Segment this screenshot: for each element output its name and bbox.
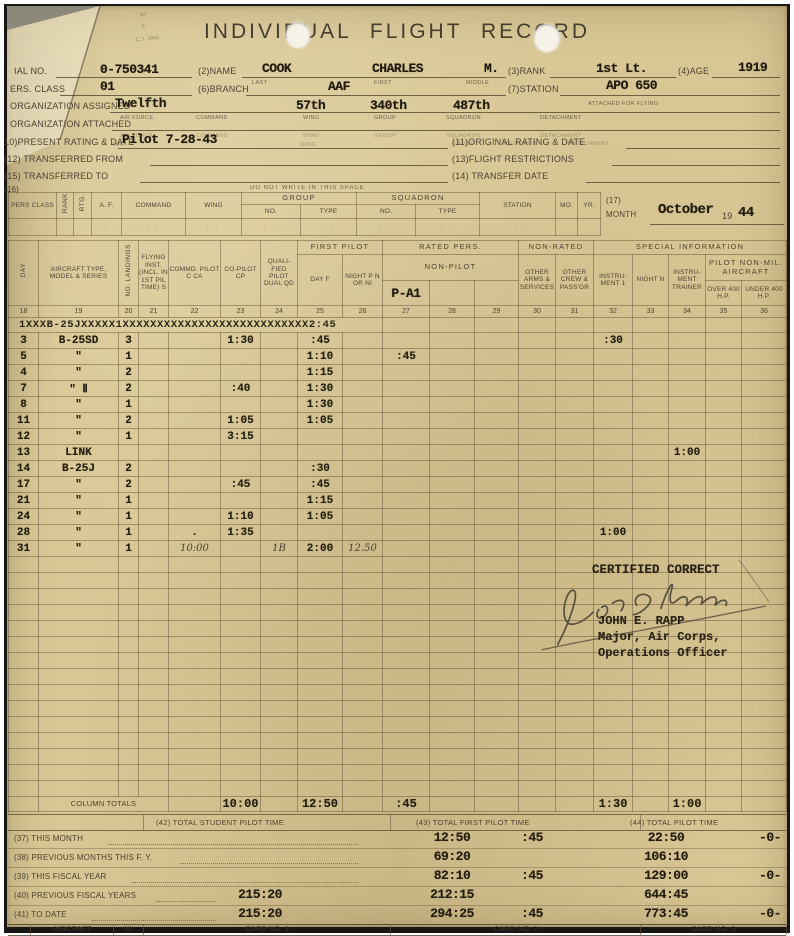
org-attached-label: ORGANIZATION ATTACHED bbox=[10, 119, 131, 129]
empty-row bbox=[9, 701, 787, 717]
column-header: NO. bbox=[357, 205, 416, 219]
column-totals-row: COLUMN TOTALS 10:00 12:50 :45 1:30 1:00 bbox=[9, 797, 787, 812]
flight-row: 13LINK1:00 bbox=[9, 445, 787, 461]
empty-row bbox=[9, 733, 787, 749]
group-header: SQUADRON bbox=[357, 193, 480, 205]
name-label: (2)NAME bbox=[198, 66, 236, 76]
serial-line bbox=[56, 77, 192, 78]
total-student-pilot-time-label: (42) TOTAL STUDENT PILOT TIME bbox=[156, 818, 284, 827]
summary-label: (38) PREVIOUS MONTHS THIS F. Y. bbox=[14, 853, 152, 862]
total-pilot-time-label: (44) TOTAL PILOT TIME bbox=[630, 818, 718, 827]
branch-line bbox=[246, 95, 506, 96]
group-header-first-pilot: FIRST PILOT bbox=[298, 241, 383, 255]
column-header: YR. bbox=[578, 193, 601, 219]
summary-value: 773:45 bbox=[630, 906, 702, 921]
org-sub-squadron: SQUADRON bbox=[446, 115, 481, 121]
total-first-pilot-time-label: (43) TOTAL FIRST PILOT TIME bbox=[416, 818, 530, 827]
empty-row bbox=[9, 685, 787, 701]
age-label: (4)AGE bbox=[678, 66, 709, 76]
crossed-out-entry: 1XXXB-25JXXXXX1XXXXXXXXXXXXXXXXXXXXXXXXX… bbox=[9, 318, 383, 333]
group-header-pilot-non-mil: PILOT NON-MIL. AIRCRAFT bbox=[706, 255, 787, 281]
summary-value: -0- bbox=[748, 906, 792, 921]
form-print-fragment: NT bbox=[140, 12, 147, 19]
column-header: WING bbox=[186, 193, 242, 219]
serial-label: IAL NO. bbox=[14, 66, 47, 76]
org-squadron-value: 487th bbox=[453, 98, 490, 113]
branch-label: (6)BRANCH bbox=[198, 84, 249, 94]
rating-sub-wing: WING bbox=[300, 142, 317, 148]
transferred-from-line bbox=[150, 165, 448, 166]
org-sub-wing: WING bbox=[303, 133, 320, 139]
column-header: A. F. bbox=[92, 193, 122, 219]
summary-value: -0- bbox=[748, 868, 792, 883]
group-header-rated-pers: RATED PERS. bbox=[383, 241, 519, 255]
empty-row bbox=[9, 765, 787, 781]
column-header: INSTRU-MENT TRAINER bbox=[669, 255, 706, 306]
flight-restrictions-line bbox=[612, 165, 780, 166]
name-middle: M. bbox=[484, 61, 499, 76]
empty-row bbox=[9, 749, 787, 765]
leader-line bbox=[156, 901, 216, 902]
empty-row bbox=[9, 717, 787, 733]
summary-row: (39) THIS FISCAL YEAR 82:10 :45 129:00 -… bbox=[8, 867, 786, 887]
flight-row: 24"11:101:05 bbox=[9, 509, 787, 525]
month-value: October bbox=[658, 202, 713, 218]
non-pilot-entry: P-A1 bbox=[391, 286, 420, 301]
flight-row: 11"21:051:05 bbox=[9, 413, 787, 429]
flight-row: 21"11:15 bbox=[9, 493, 787, 509]
transfer-date-line bbox=[586, 182, 780, 183]
station-line bbox=[560, 95, 780, 96]
total-copilot: 10:00 bbox=[221, 797, 261, 812]
column-header-aircraft: AIRCRAFT TYPE, MODEL & SERIES bbox=[39, 241, 119, 306]
card-strip-card1: CARD NO. 1 bbox=[143, 925, 391, 935]
transferred-from-label: (12) TRANSFERRED FROM bbox=[4, 154, 123, 164]
station-label: (7)STATION bbox=[508, 84, 559, 94]
flight-restrictions-label: (13)FLIGHT RESTRICTIONS bbox=[452, 154, 574, 164]
name-sub-first: FIRST bbox=[374, 80, 392, 86]
column-header: TYPE bbox=[416, 205, 480, 219]
name-line bbox=[242, 77, 506, 78]
column-header: COMMD. PILOT C CA bbox=[169, 241, 221, 306]
admin-box-table: PERS CLASS RANK RTG. A. F. COMMAND WING … bbox=[8, 192, 601, 236]
total-non-pilot: :45 bbox=[383, 797, 430, 812]
summary-row: (38) PREVIOUS MONTHS THIS F. Y. 69:20 10… bbox=[8, 848, 786, 868]
summary-value: 82:10 bbox=[416, 868, 488, 883]
org-sub-group: GROUP bbox=[374, 115, 396, 121]
original-rating-label: (11)ORIGINAL RATING & DATE bbox=[452, 137, 585, 147]
scanned-flight-record-page: NT 5 C. 1. 1942 INDIVIDUAL FLIGHT RECORD… bbox=[0, 0, 794, 936]
name-sub-middle: MIDDLE bbox=[466, 80, 489, 86]
column-header: RANK bbox=[57, 193, 74, 219]
card-strip-aircraft: AIRCRAFT bbox=[30, 925, 114, 935]
column-header: TYPE bbox=[301, 205, 357, 219]
leader-line bbox=[132, 882, 358, 883]
card-strip-card3: CARD NO. 3 bbox=[640, 925, 787, 935]
form-title: INDIVIDUAL FLIGHT RECORD bbox=[0, 20, 794, 44]
summary-value: 294:25 bbox=[416, 906, 488, 921]
column-header: OTHER ARMS & SERVICES bbox=[519, 255, 556, 306]
column-header-day: DAY bbox=[9, 241, 39, 306]
certifier-title: Operations Officer bbox=[598, 646, 728, 660]
column-header: INSTRU-MENT 1 bbox=[594, 255, 633, 306]
org-sub-group: GROUP bbox=[374, 133, 396, 139]
name-last: COOK bbox=[262, 61, 291, 76]
summary-row: (40) PREVIOUS FISCAL YEARS 215:20 212:15… bbox=[8, 886, 786, 906]
summary-value: 69:20 bbox=[416, 849, 488, 864]
month-label: MONTH bbox=[606, 210, 636, 219]
column-header: OTHER CREW & PASS'GR bbox=[556, 255, 594, 306]
column-header: NIGHT P N OR NI bbox=[343, 255, 383, 306]
present-rating-value: Pilot 7-28-43 bbox=[122, 132, 217, 147]
leader-line bbox=[180, 863, 358, 864]
org-attached-line bbox=[112, 130, 780, 131]
handwritten-mark: 1B bbox=[261, 541, 298, 557]
card-strip-nl: NL bbox=[113, 925, 144, 935]
flight-row: 28"1.1:351:00 bbox=[9, 525, 787, 541]
summary-row: (41) TO DATE 215:20 294:25 :45 773:45 -0… bbox=[8, 905, 786, 925]
summary-value: :45 bbox=[506, 868, 558, 883]
branch-value: AAF bbox=[328, 79, 350, 94]
org-sub-command: COMMAND bbox=[196, 115, 228, 121]
column-header: MO. bbox=[556, 193, 578, 219]
column-header: RTG. bbox=[74, 193, 92, 219]
column-header-landings: NO. LANDINGS bbox=[119, 241, 139, 306]
org-sub-detachment: DETACHMENT bbox=[540, 115, 582, 121]
group-header-special-information: SPECIAL INFORMATION bbox=[594, 241, 787, 255]
station-value: APO 650 bbox=[606, 78, 657, 93]
column-header: COMMAND bbox=[122, 193, 186, 219]
serial-value: 0-750341 bbox=[100, 62, 158, 77]
name-first: CHARLES bbox=[372, 61, 423, 76]
leader-line bbox=[92, 920, 216, 921]
org-air-force-value: Twelfth bbox=[115, 96, 166, 111]
certifier-rank: Major, Air Corps, bbox=[598, 630, 720, 644]
summary-row: (37) THIS MONTH 12:50 :45 22:50 -0- bbox=[8, 829, 786, 849]
table-row: : :: : : :: : : :: : : :: : : bbox=[9, 219, 601, 236]
rank-label: (3)RANK bbox=[508, 66, 545, 76]
rating-sub-air: AIR bbox=[112, 142, 122, 148]
punch-hole bbox=[286, 22, 310, 48]
card-strip-card2: CARD NO. 2 bbox=[390, 925, 641, 935]
divider bbox=[640, 815, 641, 830]
crossed-out-row: 1XXXB-25JXXXXX1XXXXXXXXXXXXXXXXXXXXXXXXX… bbox=[9, 318, 787, 333]
column-header: NO. bbox=[242, 205, 301, 219]
age-value: 1919 bbox=[738, 60, 767, 75]
year-printed: 19 bbox=[722, 211, 732, 221]
summary-value: 215:20 bbox=[226, 887, 294, 902]
org-wing-value: 57th bbox=[296, 98, 325, 113]
column-header: STATION bbox=[480, 193, 556, 219]
handwritten-entry: 10:00 bbox=[169, 541, 221, 557]
flight-row: 3B-25SD31:30:45:30 bbox=[9, 333, 787, 349]
summary-value: 129:00 bbox=[630, 868, 702, 883]
attached-for-flying-note: ATTACHED FOR FLYING bbox=[588, 101, 659, 107]
group-header-non-pilot: NON-PILOT bbox=[383, 255, 519, 281]
flight-row: 5"11:10:45 bbox=[9, 349, 787, 365]
divider bbox=[143, 815, 144, 830]
summary-value: 644:45 bbox=[630, 887, 702, 902]
transfer-date-label: (14) TRANSFER DATE bbox=[452, 171, 548, 181]
month-number: (17) bbox=[606, 196, 621, 205]
column-header: QUALI-FIED PILOT DUAL QD bbox=[261, 241, 298, 306]
transferred-to-label: (15) TRANSFERRED TO bbox=[4, 171, 108, 181]
column-header: NIGHT N bbox=[633, 255, 669, 306]
org-assigned-label: ORGANIZATION ASSIGNED bbox=[10, 101, 131, 111]
pencil-mark bbox=[735, 558, 775, 604]
name-sub-last: LAST bbox=[252, 80, 267, 86]
flight-row: 7" Ⅱ2:401:30 bbox=[9, 381, 787, 397]
column-header: OVER 400 H.P. bbox=[706, 281, 742, 306]
transferred-to-line bbox=[140, 182, 448, 183]
summary-value: -0- bbox=[748, 830, 792, 845]
summary-value: 22:50 bbox=[630, 830, 702, 845]
summary-label: (37) THIS MONTH bbox=[14, 834, 83, 843]
column-header: PERS CLASS bbox=[9, 193, 57, 219]
flight-row: 8"11:30 bbox=[9, 397, 787, 413]
flight-row: 17"2:45:45 bbox=[9, 477, 787, 493]
non-pilot-entry-cell: P-A1 bbox=[383, 281, 430, 306]
flight-row: 31"110:001B2:0012.50 bbox=[9, 541, 787, 557]
group-header: GROUP bbox=[242, 193, 357, 205]
total-first-pilot-day: 12:50 bbox=[298, 797, 343, 812]
summary-label: (41) TO DATE bbox=[14, 910, 67, 919]
flight-row: 14B-25J2:30 bbox=[9, 461, 787, 477]
flight-row: 4"21:15 bbox=[9, 365, 787, 381]
age-line bbox=[712, 77, 780, 78]
certifier-name: JOHN E. RAPP bbox=[598, 614, 684, 628]
summary-value: 106:10 bbox=[630, 849, 702, 864]
org-assigned-line bbox=[110, 112, 780, 113]
handwritten-entry: 12.50 bbox=[343, 541, 383, 557]
do-not-write-note: DO NOT WRITE IN THIS SPACE bbox=[250, 185, 365, 191]
org-sub-wing: WING bbox=[303, 115, 320, 121]
summary-label: (40) PREVIOUS FISCAL YEARS bbox=[14, 891, 136, 900]
cell: 3 bbox=[9, 333, 39, 349]
empty-row bbox=[9, 781, 787, 797]
summary-value: :45 bbox=[506, 906, 558, 921]
column-totals-label: COLUMN TOTALS bbox=[39, 797, 169, 812]
group-header-non-rated: NON-RATED bbox=[519, 241, 594, 255]
divider bbox=[390, 815, 391, 830]
total-instrument-trainer: 1:00 bbox=[669, 797, 706, 812]
month-line bbox=[650, 224, 784, 225]
summary-value: 12:50 bbox=[416, 830, 488, 845]
column-header: CO-PILOT CP bbox=[221, 241, 261, 306]
original-rating-line bbox=[626, 148, 780, 149]
card-strip: AIRCRAFT NL CARD NO. 1 CARD NO. 2 CARD N… bbox=[8, 924, 786, 936]
summary-label: (39) THIS FISCAL YEAR bbox=[14, 872, 107, 881]
column-number-row: 18192021222324252627282930313233343536 bbox=[9, 306, 787, 318]
column-header: UNDER 400 H.P. bbox=[742, 281, 787, 306]
column-header: FLYING INST. (INCL. IN 1ST PIL TIME) S bbox=[139, 241, 169, 306]
empty-row bbox=[9, 669, 787, 685]
year-value: 44 bbox=[738, 205, 754, 221]
total-instrument: 1:30 bbox=[594, 797, 633, 812]
summary-value: 215:20 bbox=[226, 906, 294, 921]
flight-log-table: DAY AIRCRAFT TYPE, MODEL & SERIES NO. LA… bbox=[8, 240, 787, 812]
pers-class-value: 01 bbox=[100, 79, 115, 94]
org-group-value: 340th bbox=[370, 98, 407, 113]
punch-hole bbox=[534, 24, 560, 52]
leader-line bbox=[108, 844, 358, 845]
summary-value: :45 bbox=[506, 830, 558, 845]
pers-class-label: ERS. CLASS bbox=[10, 84, 65, 94]
flight-row: 12"13:15 bbox=[9, 429, 787, 445]
column-header: DAY F bbox=[298, 255, 343, 306]
rank-value: 1st Lt. bbox=[596, 61, 647, 76]
summary-value: 212:15 bbox=[416, 887, 488, 902]
present-rating-line bbox=[118, 148, 448, 149]
